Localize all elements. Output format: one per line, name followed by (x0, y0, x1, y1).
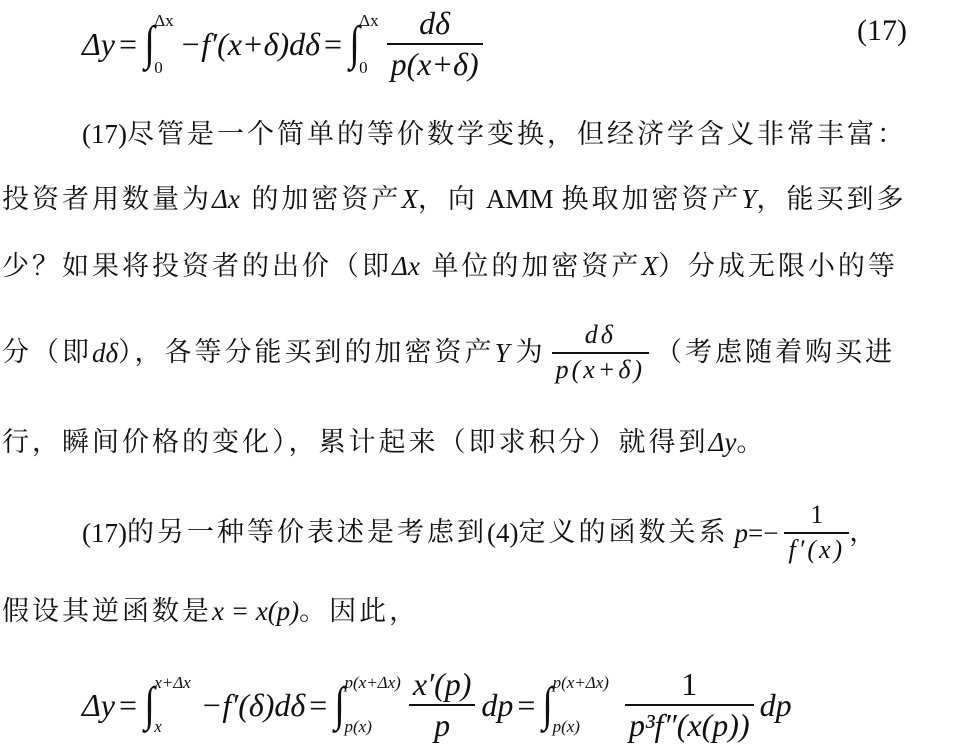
eq-equals: = (517, 687, 535, 724)
text: ），各等分能买到的加密资产 (118, 336, 495, 370)
equation-ref: (17) (82, 516, 127, 550)
fraction-2: 1 p³f″(x(p)) (625, 667, 754, 743)
eq17-fraction: dδ p(x+δ) (387, 6, 483, 82)
integral-lower-limit: p(x) (344, 717, 400, 737)
integral-lower-limit: 0 (154, 59, 173, 76)
fraction-denominator: p(x+δ) (387, 45, 483, 82)
integral-upper-limit: p(x+Δx) (553, 673, 609, 693)
math-inverse-function: x = x(p) (212, 596, 299, 626)
text: 为 (516, 336, 546, 370)
text: ，能买到多 (756, 184, 906, 215)
integral-lower-limit: p(x) (553, 717, 609, 737)
integral-1: ∫ x+Δxx (143, 673, 191, 737)
equation-ref: (17) (82, 119, 127, 149)
text: ）分成无限小的等 (658, 251, 898, 282)
fraction-1: x′(p) p (409, 667, 476, 743)
text: ，向 (418, 184, 478, 215)
integral-2: ∫ Δx0 (348, 12, 379, 76)
math-delta-y: Δy (709, 427, 737, 457)
text: 换取加密资产 (561, 184, 741, 215)
math-equals-minus: =− (748, 516, 778, 550)
fraction-numerator: dδ (415, 6, 454, 43)
equation-number: (17) (857, 14, 907, 48)
text: 尽管是一个简单的等价数学变换，但经济学含义非常丰富： (127, 119, 907, 150)
math-Y: Y (741, 184, 756, 214)
fraction-numerator: 1 (806, 501, 827, 532)
text: 行，瞬间价格的变化），累计起来（即求积分）就得到 (2, 427, 709, 458)
eq-dp: dp (760, 687, 792, 724)
text: 。因此， (299, 596, 419, 627)
equation-integral-transform: Δy = ∫ x+Δxx −f′(δ)dδ = ∫ p(x+Δx)p(x) x′… (82, 662, 792, 748)
eq17-integrand: −f′(x+δ)dδ (180, 26, 320, 63)
inline-fraction: dδ p(x+δ) (552, 321, 650, 384)
eq-lhs: Δy (82, 687, 115, 724)
integral-sign-icon: ∫ (543, 681, 554, 729)
equation-ref: (4) (487, 516, 518, 550)
integral-1: ∫ Δx0 (143, 12, 174, 76)
eq17-equals-2: = (324, 26, 342, 63)
eq17-equals: = (119, 26, 137, 63)
paragraph1-line3: 少？如果将投资者的出价（即Δx 单位的加密资产X）分成无限小的等 (2, 249, 898, 284)
math-X: X (641, 251, 658, 281)
text: 分（即 (2, 336, 92, 370)
integral-upper-limit: x+Δx (154, 673, 191, 693)
eq-equals: = (309, 687, 327, 724)
fraction-denominator: p(x+δ) (552, 354, 650, 385)
math-p: p (734, 516, 748, 550)
fraction-denominator: p (430, 706, 454, 743)
inline-fraction: 1 f′(x) (784, 501, 849, 564)
equation-17: Δy = ∫ Δx0 −f′(x+δ)dδ = ∫ Δx0 dδ p(x+δ) (82, 4, 489, 84)
text: 假设其逆函数是 (2, 596, 212, 627)
paragraph1-line5: 行，瞬间价格的变化），累计起来（即求积分）就得到Δy。 (2, 425, 766, 460)
math-delta-x: Δx (392, 251, 420, 281)
amm-term: AMM (486, 184, 554, 214)
paragraph2-line1: (17)的另一种等价表述是考虑到(4)定义的函数关系 p=− 1 f′(x) ， (82, 494, 879, 572)
text: 定义的函数关系 (518, 516, 728, 550)
math-delta-x: Δx (212, 184, 240, 214)
integral-sign-icon: ∫ (144, 681, 155, 729)
text: 投资者用数量为 (2, 184, 212, 215)
fraction-denominator: p³f″(x(p)) (625, 706, 754, 743)
integral-sign-icon: ∫ (335, 681, 346, 729)
text: 的另一种等价表述是考虑到 (127, 516, 487, 550)
fraction-denominator: f′(x) (784, 534, 849, 565)
integral-lower-limit: x (154, 717, 191, 737)
paragraph1-line2: 投资者用数量为Δx 的加密资产X，向AMM换取加密资产Y，能买到多 (2, 182, 906, 217)
eq17-lhs: Δy (82, 26, 115, 63)
text: 。 (736, 427, 766, 458)
integral-upper-limit: Δx (359, 12, 378, 29)
paragraph2-line2: 假设其逆函数是x = x(p)。因此， (2, 594, 419, 629)
math-Y: Y (495, 336, 510, 370)
eq-equals: = (119, 687, 137, 724)
paragraph1-line4: 分（即dδ），各等分能买到的加密资产Y为 dδ p(x+δ) （考虑随着购买进 (2, 313, 895, 393)
eq-dp: dp (481, 687, 513, 724)
integral-2: ∫ p(x+Δx)p(x) (333, 673, 401, 737)
fraction-numerator: x′(p) (409, 667, 476, 704)
text: 单位的加密资产 (431, 251, 641, 282)
integral-upper-limit: p(x+Δx) (344, 673, 400, 693)
fraction-numerator: 1 (677, 667, 701, 704)
paragraph1-line1: (17)尽管是一个简单的等价数学变换，但经济学含义非常丰富： (82, 117, 907, 152)
text: 少？如果将投资者的出价（即 (2, 251, 392, 282)
integral-upper-limit: Δx (154, 12, 173, 29)
integral-lower-limit: 0 (359, 59, 378, 76)
math-d-delta: dδ (92, 336, 118, 370)
text: （考虑随着购买进 (655, 336, 895, 370)
text: ， (849, 516, 879, 550)
integral-sign-icon: ∫ (144, 20, 155, 68)
fraction-numerator: dδ (581, 321, 620, 352)
math-X: X (401, 184, 418, 214)
text: 的加密资产 (251, 184, 401, 215)
integral-3: ∫ p(x+Δx)p(x) (541, 673, 609, 737)
eq-integrand: −f′(δ)dδ (201, 687, 306, 724)
integral-sign-icon: ∫ (349, 20, 360, 68)
